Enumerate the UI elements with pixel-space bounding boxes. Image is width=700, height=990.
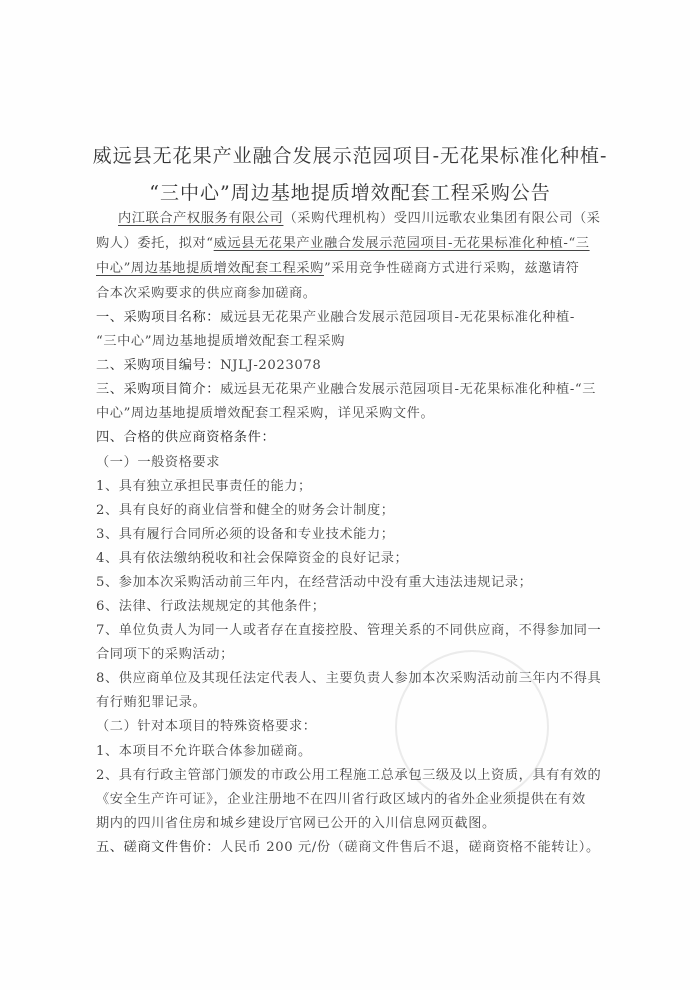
section3-line1: 三、采购项目简介：威远县无花果产业融合发展示范园项目-无花果标准化种植-“三	[96, 378, 596, 397]
section2: 二、采购项目编号：NJLJ-2023078	[96, 354, 321, 373]
general-item: 4、具有依法缴纳税收和社会保障资金的良好记录；	[96, 547, 408, 566]
intro-line3: 中心”周边基地提质增效配套工程采购”采用竞争性磋商方式进行采购，兹邀请符	[96, 257, 579, 276]
general-requirements-header: （一）一般资格要求	[96, 451, 220, 470]
project-name-underlined: 威远县无花果产业融合发展示范园项目-无花果标准化种植-“三	[214, 236, 590, 251]
document-title-line1: 威远县无花果产业融合发展示范园项目-无花果标准化种植-	[60, 141, 640, 168]
document-page: 威远县无花果产业融合发展示范园项目-无花果标准化种植- “三中心”周边基地提质增…	[0, 0, 700, 990]
general-item: 5、参加本次采购活动前三年内，在经营活动中没有重大违法违规记录；	[96, 571, 532, 590]
general-item-cont: 有行贿犯罪记录。	[96, 691, 206, 710]
special-item-cont: 《安全生产许可证》，企业注册地不在四川省行政区域内的省外企业须提供在有效	[96, 788, 586, 807]
intro-line2: 购人）委托，拟对“威远县无花果产业融合发展示范园项目-无花果标准化种植-“三	[96, 232, 590, 251]
general-item: 3、具有履行合同所必须的设备和专业技术能力；	[96, 523, 395, 542]
intro-line4: 合本次采购要求的供应商参加磋商。	[96, 282, 317, 301]
section1-line1: 一、采购项目名称：威远县无花果产业融合发展示范园项目-无花果标准化种植-	[96, 306, 575, 325]
section5: 五、磋商文件售价：人民币 200 元/份（磋商文件售后不退，磋商资格不能转让）。	[96, 836, 600, 855]
general-item: 6、法律、行政法规规定的其他条件；	[96, 595, 326, 614]
section3-label: 三、采购项目简介：	[96, 382, 220, 397]
section1-line2: “三中心”周边基地提质增效配套工程采购	[96, 330, 345, 349]
general-item: 2、具有良好的商业信誉和健全的财务会计制度；	[96, 499, 395, 518]
general-item: 1、具有独立承担民事责任的能力；	[96, 475, 312, 494]
special-item: 2、具有行政主管部门颁发的市政公用工程施工总承包三级及以上资质，具有有效的	[96, 764, 601, 783]
section1-label: 一、采购项目名称：	[96, 310, 220, 325]
general-item: 7、单位负责人为同一人或者存在直接控股、管理关系的不同供应商，不得参加同一	[96, 619, 601, 638]
special-requirements-header: （二）针对本项目的特殊资格要求：	[96, 715, 317, 734]
agent-name: 内江联合产权服务有限公司	[118, 211, 283, 226]
section3-line2: 中心”周边基地提质增效配套工程采购，详见采购文件。	[96, 402, 434, 421]
intro-line1: 内江联合产权服务有限公司（采购代理机构）受四川远歌农业集团有限公司（采	[118, 207, 601, 226]
section2-label: 二、采购项目编号：	[96, 358, 220, 373]
general-item-cont: 合同项下的采购活动；	[96, 643, 234, 662]
special-item: 1、本项目不允许联合体参加磋商。	[96, 740, 312, 759]
document-title-line2: “三中心”周边基地提质增效配套工程采购公告	[60, 178, 640, 205]
document-price: 人民币 200 元/份（磋商文件售后不退，磋商资格不能转让）。	[220, 840, 600, 855]
general-item: 8、供应商单位及其现任法定代表人、主要负责人参加本次采购活动前三年内不得具	[96, 667, 601, 686]
project-number: NJLJ-2023078	[220, 358, 321, 373]
section5-label: 五、磋商文件售价：	[96, 840, 220, 855]
section4-label: 四、合格的供应商资格条件：	[96, 426, 275, 445]
special-item-cont: 期内的四川省住房和城乡建设厅官网已公开的入川信息网页截图。	[96, 812, 496, 831]
